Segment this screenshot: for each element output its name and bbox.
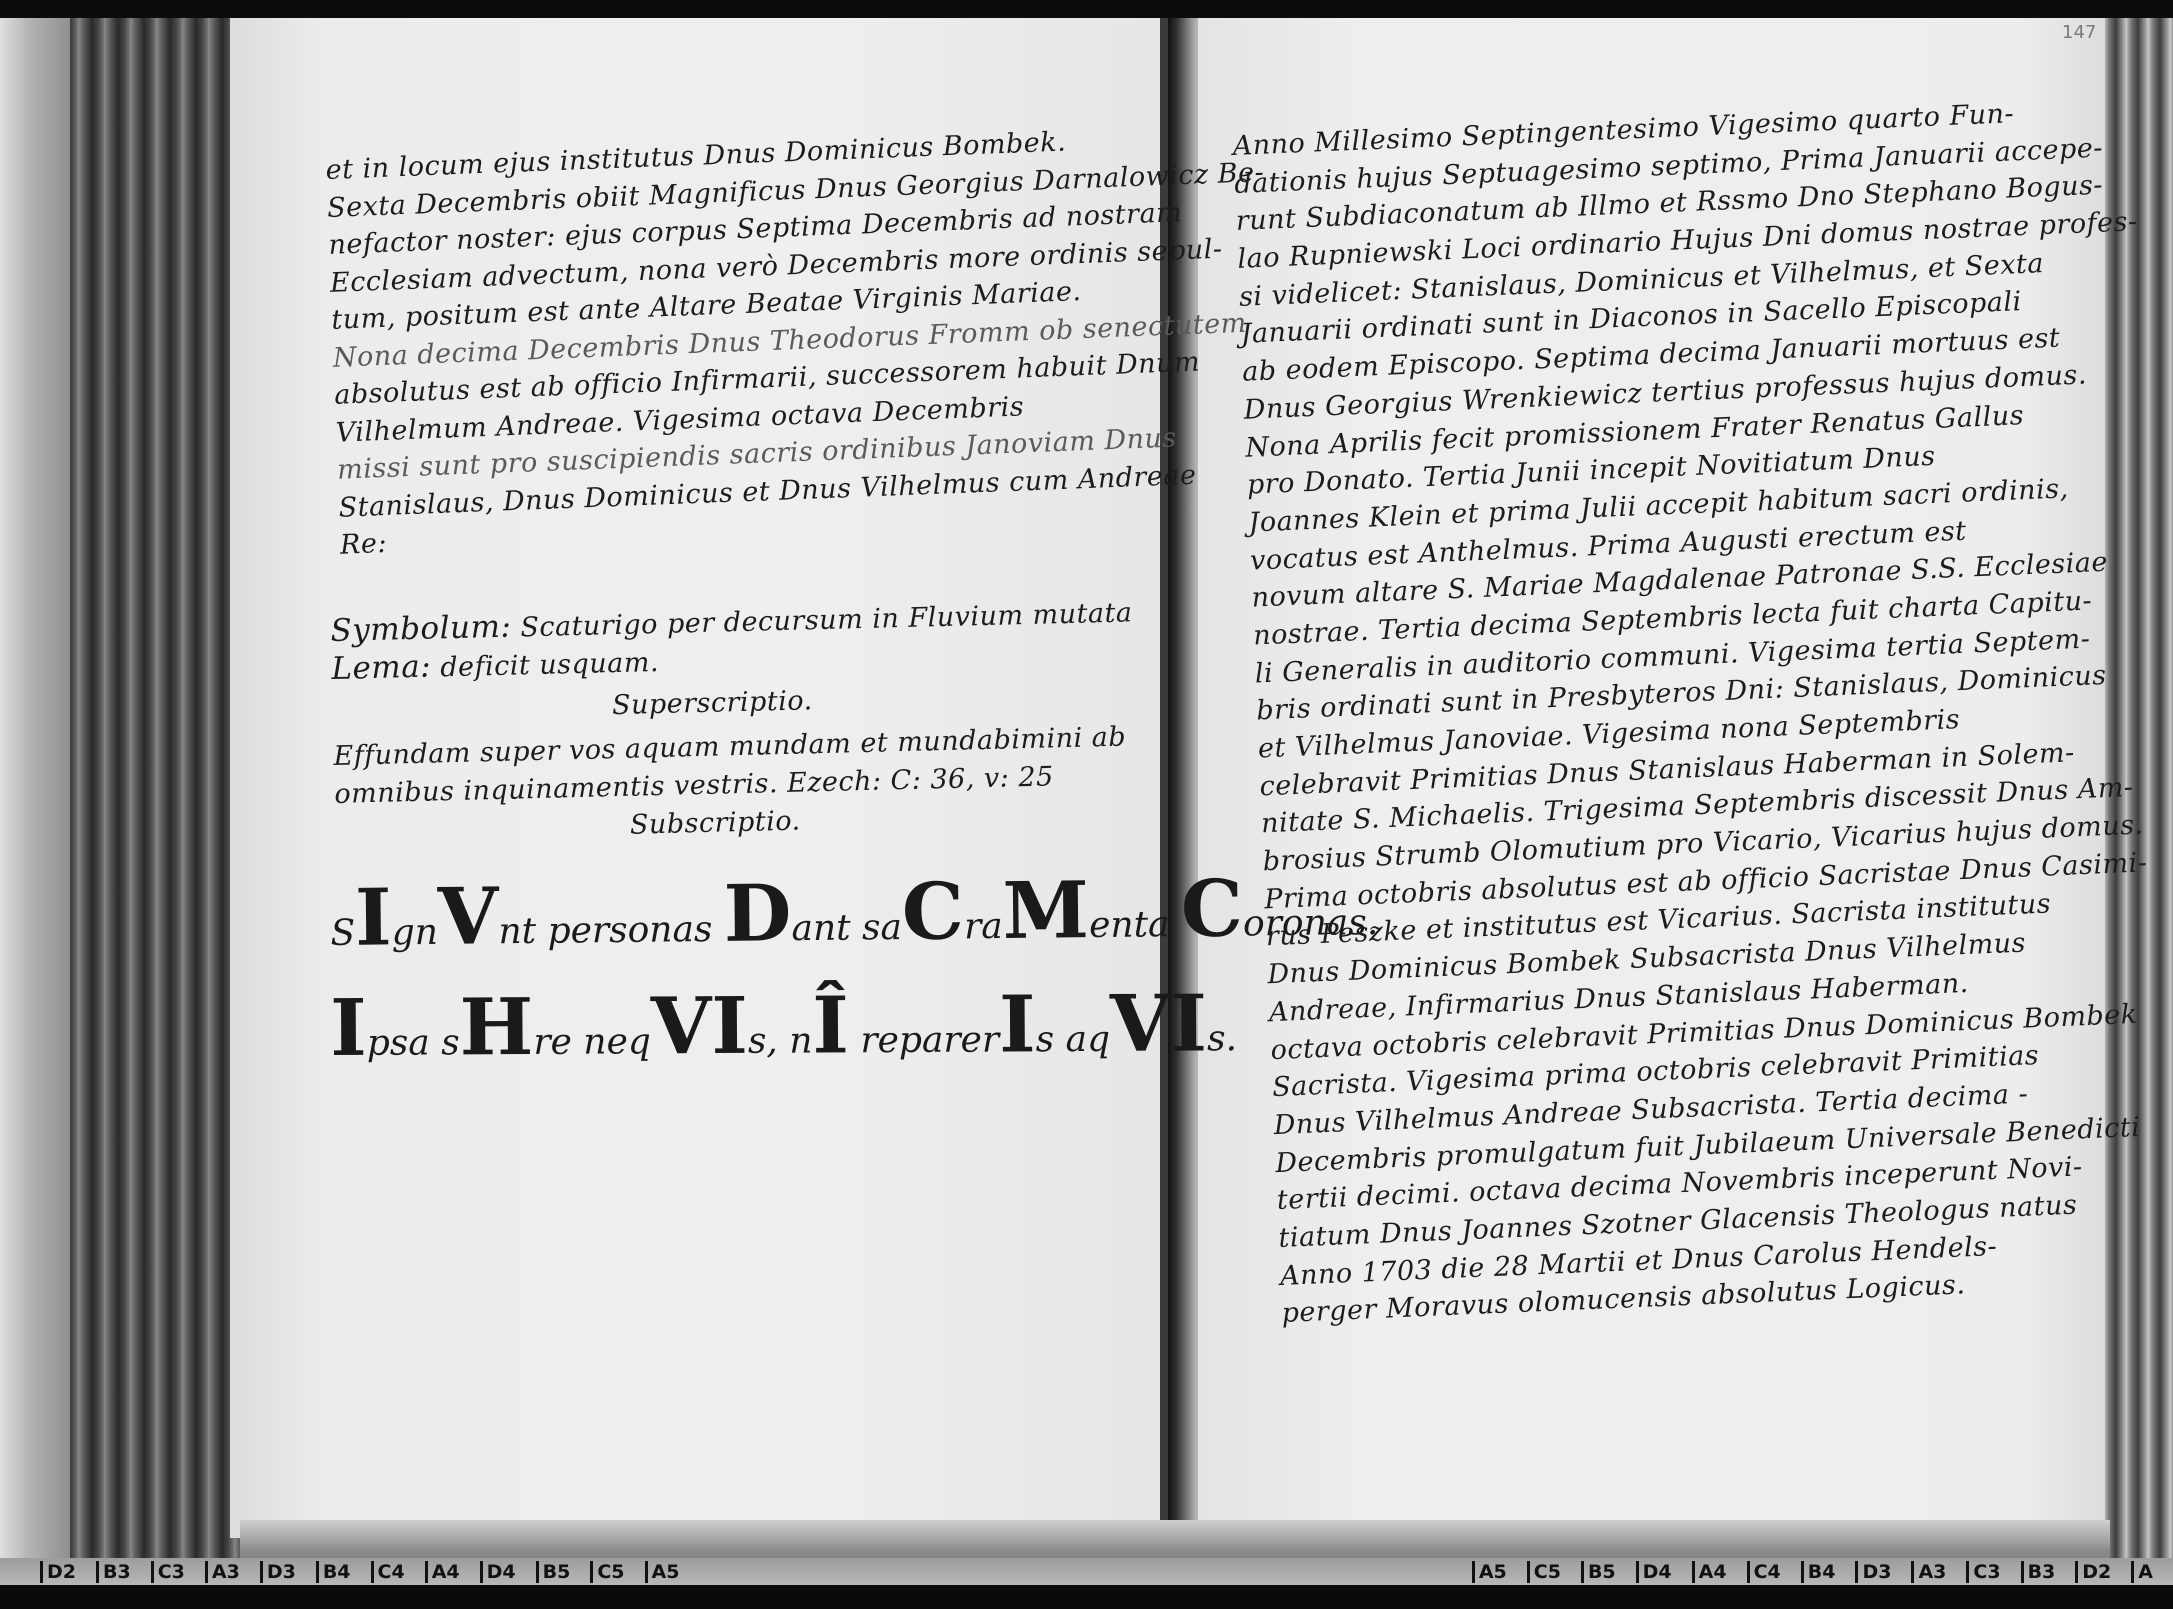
chronogram-numeral: V [437,871,498,963]
scan-frame-top [0,0,2173,18]
chronogram-text: gn [392,912,439,953]
chronogram-numeral: H [459,982,533,1073]
film-target-code: C4 [371,1561,405,1583]
chronogram-text: s. [1207,1018,1237,1059]
chronogram-numeral: C [901,866,964,958]
left-page-text: et in locum ejus institutus Dnus Dominic… [325,116,1278,564]
chronogram-text: s, n [748,1020,813,1061]
chronogram-numeral: I [999,979,1036,1070]
chronogram-numeral: M [1002,865,1089,957]
chronogram-numeral: C [1180,863,1243,955]
chronogram-numeral: VI [651,981,748,1073]
film-target-code: B5 [1581,1561,1616,1583]
chronogram-text: nt personas [498,909,724,952]
film-target-code: C3 [151,1561,185,1583]
film-target-code: B5 [536,1561,571,1583]
chronogram-line-2: Ipsa sHre neqVIs, nÎ reparerIs aqVIs. [330,985,1237,1068]
chronogram-numeral: I [355,872,392,963]
chronogram-numeral: Î [812,980,849,1071]
film-target-code: A4 [1692,1561,1727,1583]
film-target-code: A3 [1911,1561,1946,1583]
film-target-code: A5 [645,1561,680,1583]
chronogram-numeral: VI [1110,978,1207,1070]
chronogram-text: ant sa [791,907,902,949]
left-page-edges [0,18,240,1558]
chronogram-text: re neq [533,1021,651,1063]
symbolum-label: Symbolum: [330,609,512,649]
film-target-code: D3 [260,1561,296,1583]
chronogram-numeral: D [723,868,792,960]
scan-frame-bottom [0,1585,2173,1609]
film-target-code: C4 [1747,1561,1781,1583]
film-target-code: C5 [590,1561,624,1583]
film-target-code: B3 [2021,1561,2056,1583]
film-strip-right: A5C5B5D4A4C4B4D3A3C3B3D2A [1110,1558,2173,1586]
film-target-code: A5 [1472,1561,1507,1583]
chronogram-numeral: I [330,983,367,1074]
film-target-code: A [2131,1561,2153,1583]
film-target-code: D4 [1636,1561,1672,1583]
film-target-code: B3 [96,1561,131,1583]
film-target-code: D3 [1855,1561,1891,1583]
right-page-text: Anno Millesimo Septingentesimo Vigesimo … [1232,90,2173,1333]
lema-label: Lema: [331,649,432,687]
film-target-code: B4 [316,1561,351,1583]
chronogram-text: ra [964,906,1003,947]
film-target-code: A4 [425,1561,460,1583]
film-target-code: A3 [205,1561,240,1583]
film-target-code: D4 [480,1561,516,1583]
film-target-code: D2 [2075,1561,2111,1583]
chronogram-text: reparer [849,1019,999,1061]
chronogram-text: psa s [367,1022,460,1063]
chronogram-text: s aq [1036,1019,1111,1060]
chronogram-line-1: SIgnVnt personas Dant saCraMenta Coronas… [330,869,1378,958]
chronogram-text: enta [1089,904,1181,946]
page-number: 147 [2062,22,2096,43]
film-target-code: B4 [1801,1561,1836,1583]
film-target-code: D2 [40,1561,76,1583]
lema-text: deficit usquam. [440,647,659,683]
film-strip-left: D2B3C3A3D3B4C4A4D4B5C5A5 [0,1558,1110,1586]
chronogram-text: S [330,913,355,954]
film-target-code: C3 [1966,1561,2000,1583]
emblem-block: Symbolum: Scaturigo per decursum in Fluv… [330,592,1138,852]
film-target-code: C5 [1527,1561,1561,1583]
